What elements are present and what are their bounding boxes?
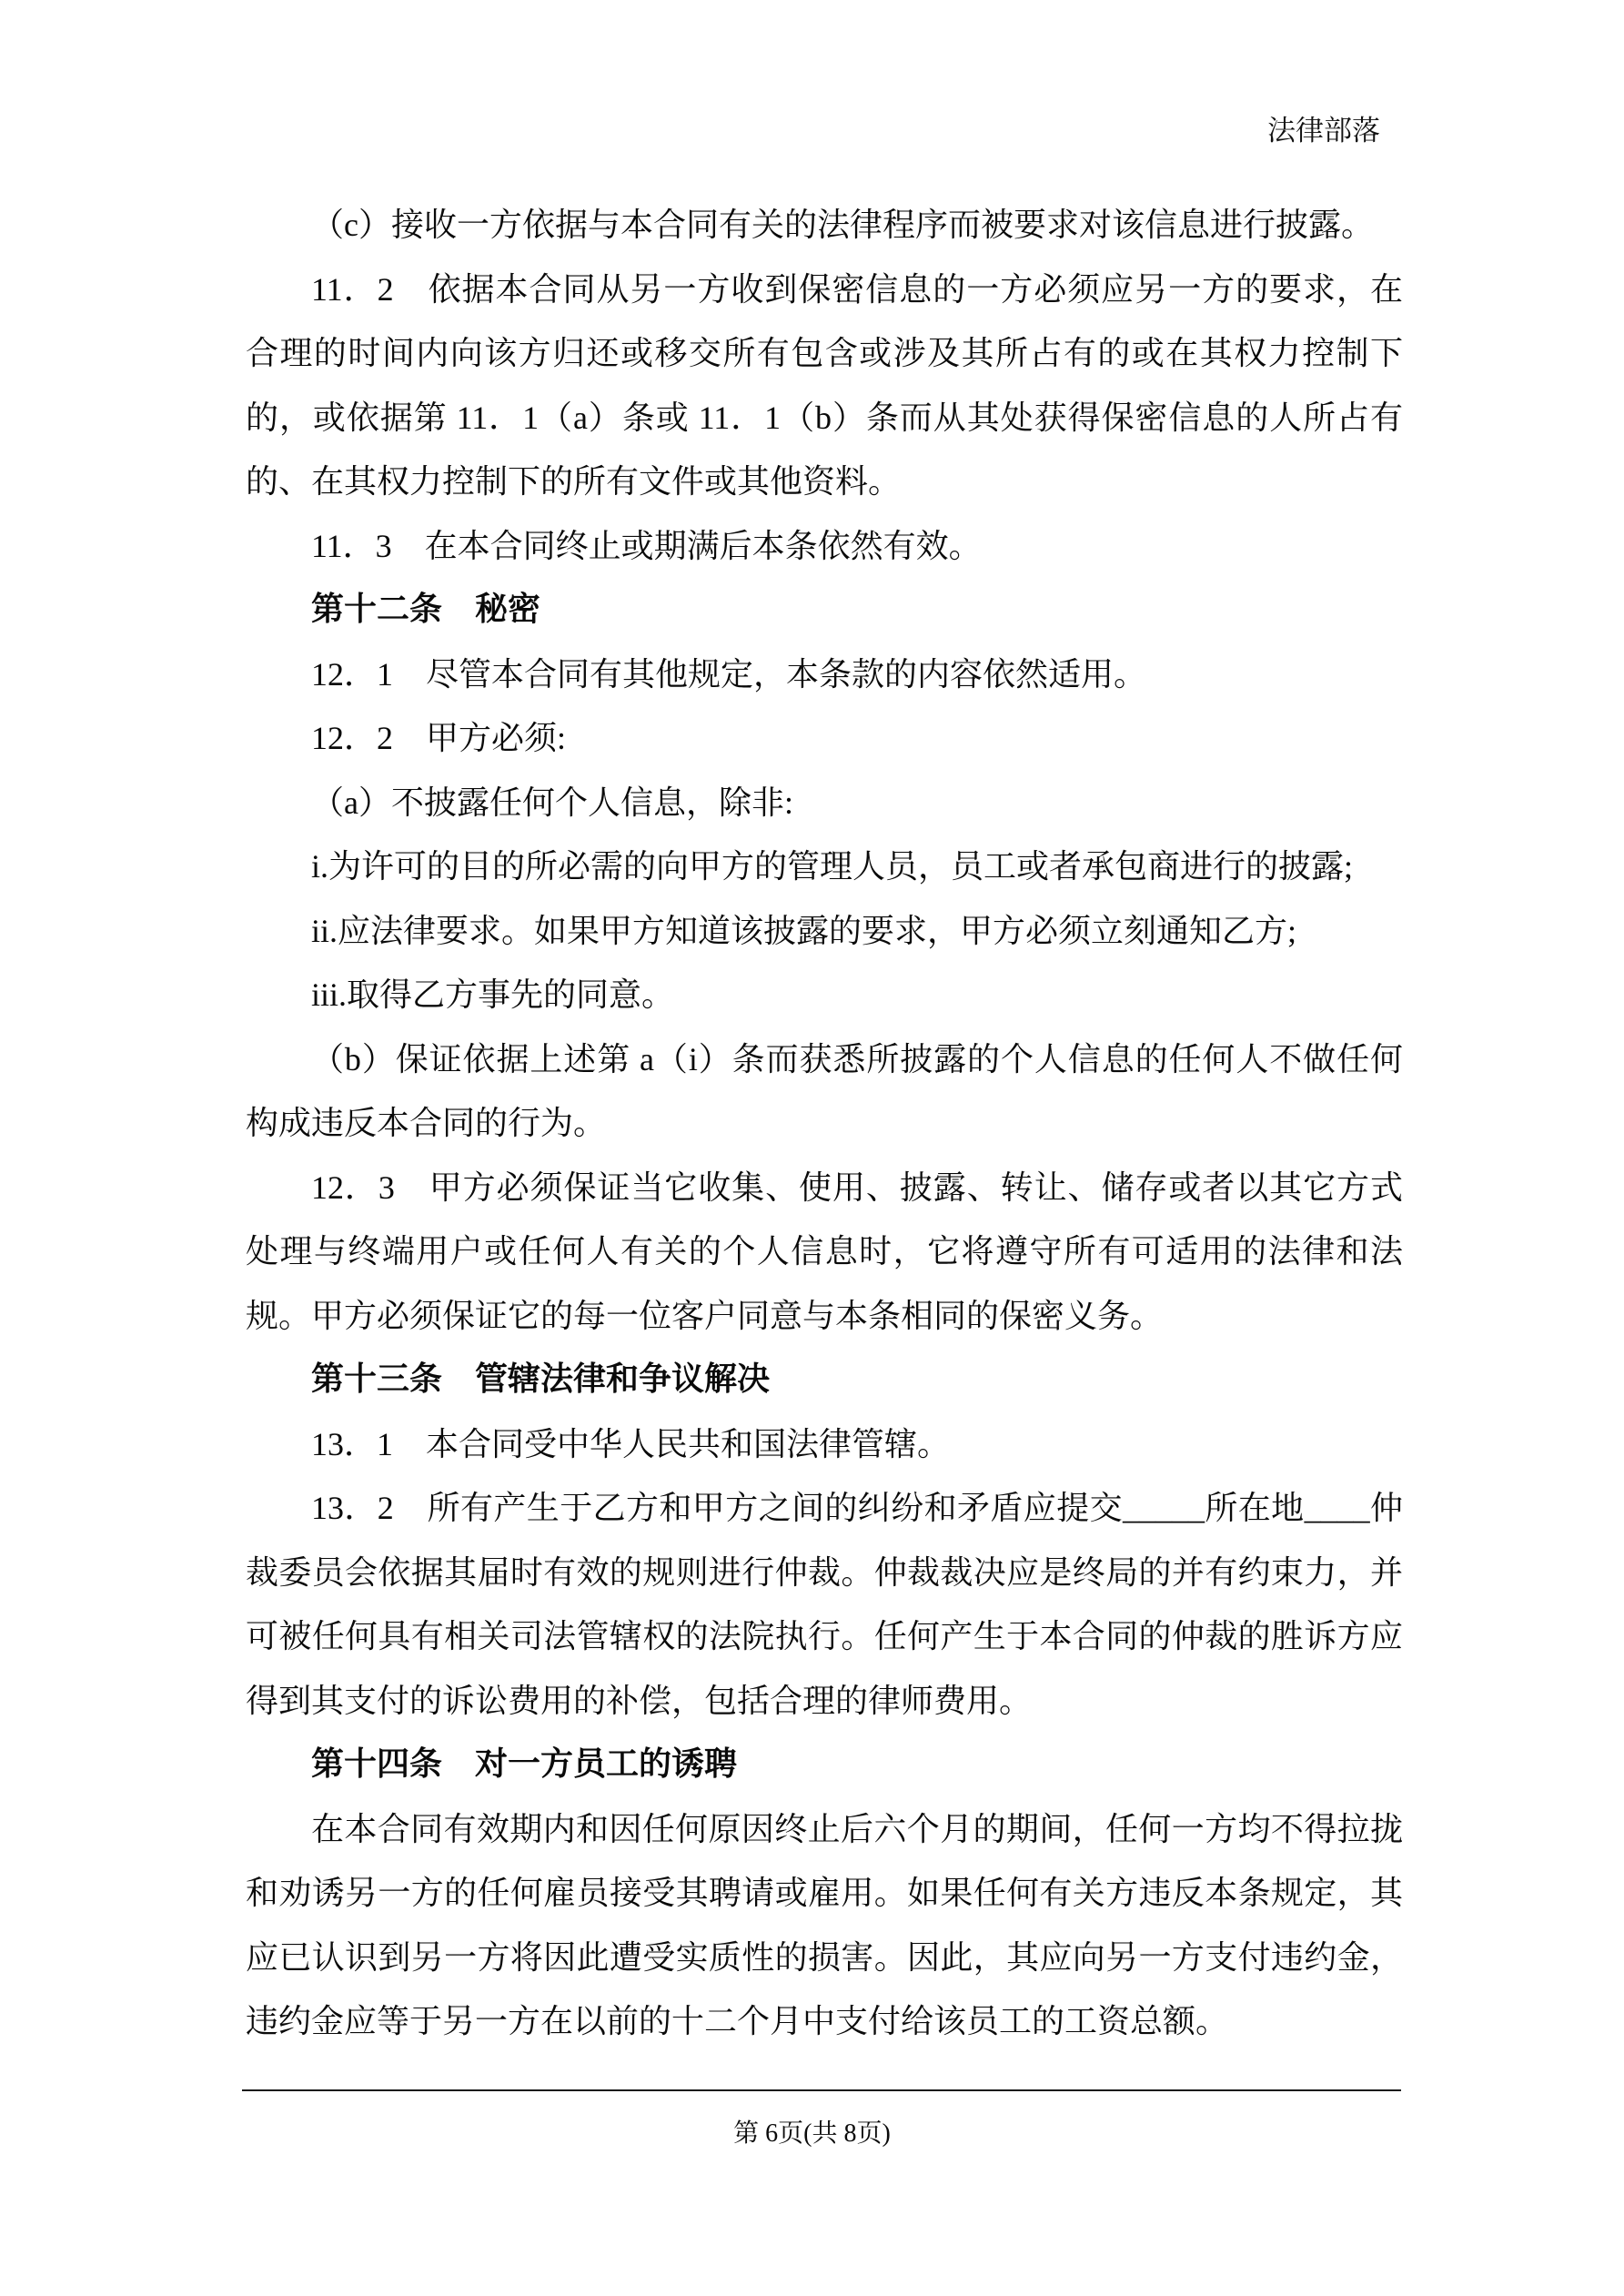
clause-11-3: 11．3 在本合同终止或期满后本条依然有效。: [246, 514, 1403, 579]
page-number-label: 第 6页(共 8页): [0, 2119, 1624, 2149]
clause-12-1: 12．1 尽管本合同有其他规定，本条款的内容依然适用。: [246, 642, 1403, 707]
article-13-heading: 第十三条 管辖法律和争议解决: [246, 1348, 1403, 1412]
clause-11-1c: （c）接收一方依据与本合同有关的法律程序而被要求对该信息进行披露。: [246, 193, 1403, 258]
clause-12-2-a-ii: ii.应法律要求。如果甲方知道该披露的要求，甲方必须立刻通知乙方;: [246, 899, 1403, 964]
site-watermark-label: 法律部落: [1267, 115, 1380, 147]
clause-12-2-a-iii: iii.取得乙方事先的同意。: [246, 963, 1403, 1027]
contract-body: （c）接收一方依据与本合同有关的法律程序而被要求对该信息进行披露。 11．2 依…: [246, 193, 1403, 2054]
clause-14-body: 在本合同有效期内和因任何原因终止后六个月的期间，任何一方均不得拉拢和劝诱另一方的…: [246, 1797, 1403, 2054]
article-12-heading: 第十二条 秘密: [246, 578, 1403, 642]
contract-page: 法律部落 （c）接收一方依据与本合同有关的法律程序而被要求对该信息进行披露。 1…: [0, 0, 1624, 2296]
clause-12-2-a-i: i.为许可的目的所必需的向甲方的管理人员，员工或者承包商进行的披露;: [246, 834, 1403, 899]
clause-12-3: 12．3 甲方必须保证当它收集、使用、披露、转让、储存或者以其它方式处理与终端用…: [246, 1156, 1403, 1349]
clause-13-2: 13．2 所有产生于乙方和甲方之间的纠纷和矛盾应提交_____所在地____仲裁…: [246, 1476, 1403, 1733]
clause-12-2-a: （a）不披露任何个人信息，除非:: [246, 771, 1403, 835]
clause-13-1: 13．1 本合同受中华人民共和国法律管辖。: [246, 1412, 1403, 1477]
article-14-heading: 第十四条 对一方员工的诱聘: [246, 1733, 1403, 1797]
clause-12-2-b: （b）保证依据上述第 a（i）条而获悉所披露的个人信息的任何人不做任何构成违反本…: [246, 1027, 1403, 1156]
footer-divider: [242, 2089, 1401, 2091]
clause-12-2: 12．2 甲方必须:: [246, 706, 1403, 771]
clause-11-2: 11．2 依据本合同从另一方收到保密信息的一方必须应另一方的要求，在合理的时间内…: [246, 258, 1403, 514]
